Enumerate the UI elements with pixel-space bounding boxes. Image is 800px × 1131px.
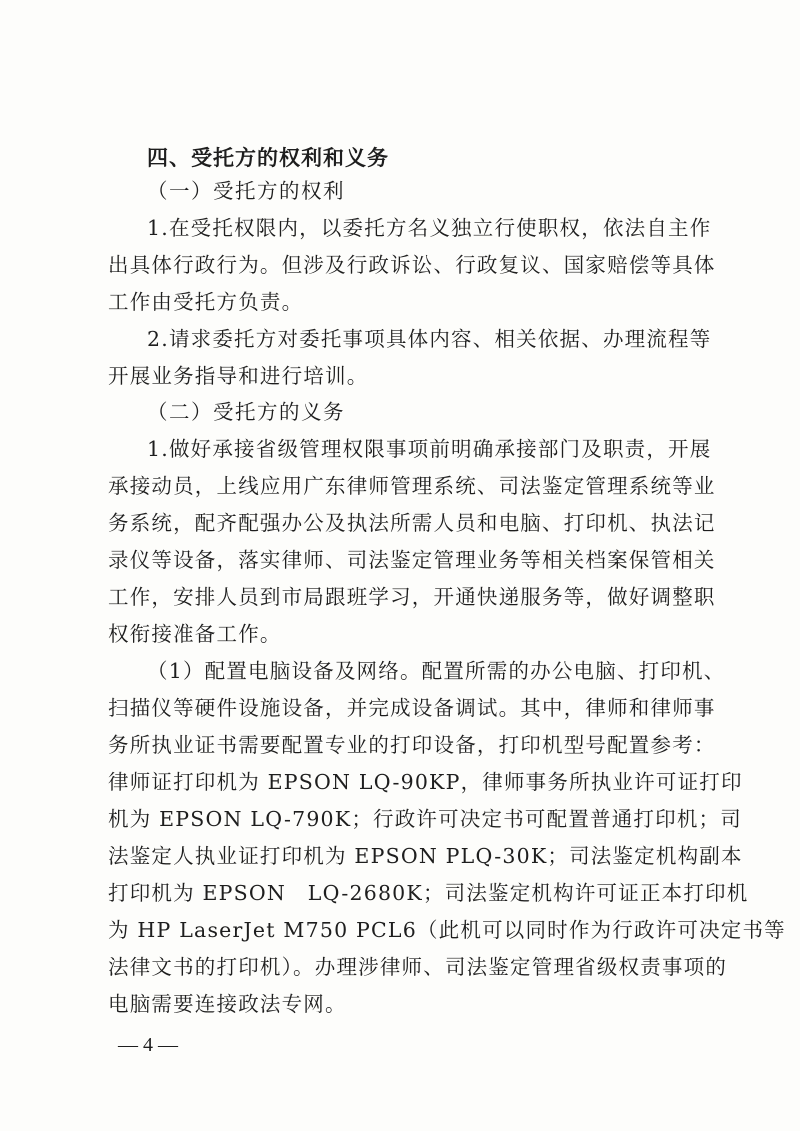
paragraph-line: 出具体行政行为。但涉及行政诉讼、行政复议、国家赔偿等具体 (108, 247, 704, 284)
subsection-title-obligations: （二）受托方的义务 (147, 394, 345, 431)
paragraph-line: 工作，安排人员到市局跟班学习，开通快递服务等，做好调整职 (108, 579, 704, 616)
paragraph-line: （1）配置电脑设备及网络。配置所需的办公电脑、打印机、 (147, 653, 704, 690)
paragraph-line: 1.做好承接省级管理权限事项前明确承接部门及职责，开展 (147, 431, 704, 468)
paragraph-line: 律师证打印机为 EPSON LQ-90KP，律师事务所执业许可证打印 (108, 764, 704, 801)
paragraph-line: 打印机为 EPSON LQ-2680K；司法鉴定机构许可证正本打印机 (108, 875, 704, 912)
paragraph-line: 法鉴定人执业证打印机为 EPSON PLQ-30K；司法鉴定机构副本 (108, 838, 704, 875)
section-heading: 四、受托方的权利和义务 (147, 140, 389, 177)
paragraph-line: 录仪等设备，落实律师、司法鉴定管理业务等相关档案保管相关 (108, 542, 704, 579)
paragraph-line: 承接动员，上线应用广东律师管理系统、司法鉴定管理系统等业 (108, 468, 704, 505)
paragraph-line: 为 HP LaserJet M750 PCL6（此机可以同时作为行政许可决定书等 (108, 912, 704, 949)
paragraph-line: 务系统，配齐配强办公及执法所需人员和电脑、打印机、执法记 (108, 505, 704, 542)
paragraph-line: 电脑需要连接政法专网。 (108, 986, 704, 1023)
paragraph-line: 1.在受托权限内，以委托方名义独立行使职权，依法自主作 (147, 210, 704, 247)
paragraph-line: 扫描仪等硬件设施设备，并完成设备调试。其中，律师和律师事 (108, 690, 704, 727)
paragraph-line: 机为 EPSON LQ-790K；行政许可决定书可配置普通打印机；司 (108, 801, 704, 838)
paragraph-line: 工作由受托方负责。 (108, 284, 704, 321)
paragraph-line: 2.请求委托方对委托事项具体内容、相关依据、办理流程等 (147, 321, 704, 358)
paragraph-line: 权衔接准备工作。 (108, 616, 704, 653)
paragraph-line: 务所执业证书需要配置专业的打印设备，打印机型号配置参考： (108, 727, 704, 764)
paragraph-line: 法律文书的打印机）。办理涉律师、司法鉴定管理省级权责事项的 (108, 949, 704, 986)
document-page: 四、受托方的权利和义务 （一）受托方的权利 1.在受托权限内，以委托方名义独立行… (0, 0, 800, 1131)
subsection-title-rights: （一）受托方的权利 (147, 173, 345, 210)
page-number: — 4 — (118, 1028, 178, 1062)
paragraph-line: 开展业务指导和进行培训。 (108, 358, 704, 395)
